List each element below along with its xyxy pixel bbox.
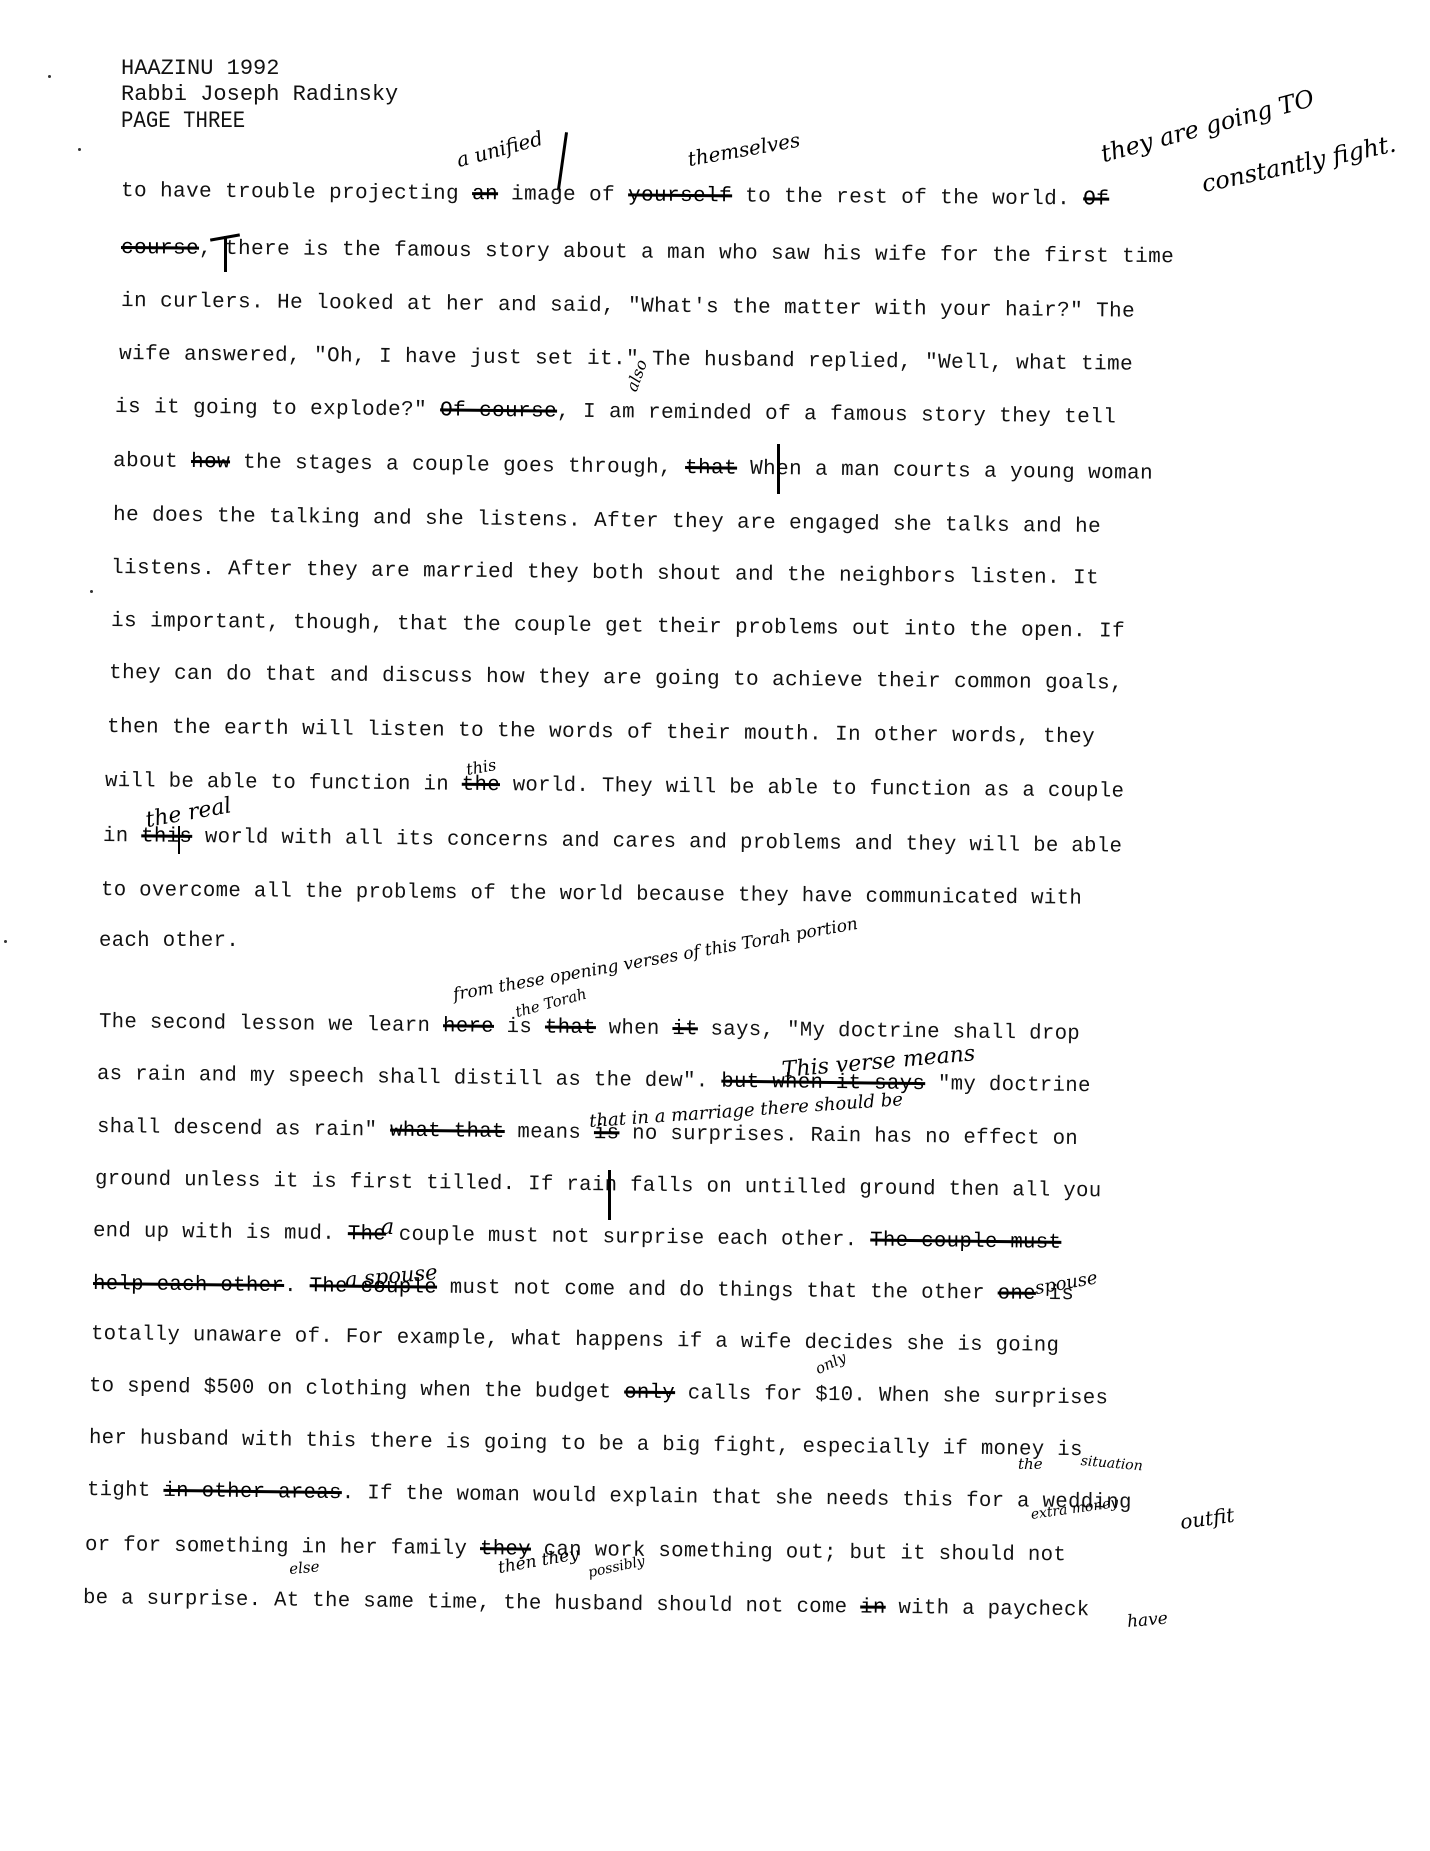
text-segment: to spend $500 on clothing when the budge… — [89, 1375, 624, 1405]
text-segment: with a paycheck — [886, 1597, 1090, 1622]
handwritten-annotation: a unified — [454, 126, 546, 172]
text-segment: shall descend as rain" — [97, 1116, 390, 1143]
handwritten-annotation: from these opening verses of this Torah … — [452, 914, 860, 1005]
text-segment: calls for $10. When she surprises — [675, 1382, 1108, 1410]
text-segment: to have trouble projecting — [121, 180, 472, 206]
text-segment: totally unaware of. For example, what ha… — [91, 1323, 1060, 1358]
text-line: to have trouble projecting an image of y… — [121, 180, 1109, 212]
document-title: HAAZINU 1992 — [121, 56, 279, 81]
text-line: in curlers. He looked at her and said, "… — [121, 290, 1135, 324]
document-page: HAAZINU 1992 Rabbi Joseph Radinsky PAGE … — [0, 0, 1430, 1851]
scan-speck — [4, 940, 7, 943]
text-line: is important, though, that the couple ge… — [111, 610, 1125, 644]
text-segment: tight — [87, 1479, 164, 1503]
text-segment: then the earth will listen to the words … — [107, 716, 1095, 749]
struck-text: one — [998, 1282, 1036, 1305]
text-segment: says, "My doctrine shall drop — [698, 1018, 1081, 1046]
text-segment: is it going to explode?" — [115, 396, 440, 422]
text-segment: means — [505, 1121, 594, 1145]
handwritten-annotation: outfit — [1179, 1503, 1236, 1534]
text-segment: end up with is mud. — [93, 1220, 348, 1246]
text-line: ground unless it is first tilled. If rai… — [95, 1168, 1102, 1203]
struck-text: that — [545, 1016, 596, 1040]
text-line: tight in other areas. If the woman would… — [87, 1479, 1132, 1515]
text-segment: her husband with this there is going to … — [89, 1427, 1083, 1462]
text-segment: or for something in her family — [85, 1534, 480, 1561]
struck-text: in — [860, 1596, 886, 1619]
text-line: will be able to function in the world. T… — [105, 770, 1125, 804]
text-segment: couple must not surprise each other. — [386, 1224, 870, 1253]
insertion-stroke — [777, 444, 780, 494]
text-segment: image of — [498, 183, 628, 207]
handwritten-annotation: situation — [1080, 1453, 1143, 1474]
text-line: in this world with all its concerns and … — [103, 825, 1123, 859]
text-segment: they can do that and discuss how they ar… — [109, 662, 1123, 696]
text-line: wife answered, "Oh, I have just set it."… — [119, 343, 1133, 377]
text-segment: as rain and my speech shall distill as t… — [97, 1063, 722, 1094]
scan-speck — [78, 148, 81, 151]
text-segment: in — [103, 825, 141, 848]
text-line: they can do that and discuss how they ar… — [109, 662, 1123, 696]
struck-text: The couple must — [870, 1229, 1061, 1254]
struck-text: here — [443, 1015, 494, 1039]
text-segment: The second lesson we learn — [99, 1011, 443, 1038]
text-segment: listens. After they are married they bot… — [111, 557, 1099, 590]
insertion-stroke — [557, 132, 568, 190]
handwritten-annotation: themselves — [686, 128, 802, 171]
struck-text: only — [624, 1382, 675, 1406]
text-line: he does the talking and she listens. Aft… — [113, 504, 1101, 539]
text-line: her husband with this there is going to … — [89, 1427, 1083, 1462]
text-line: course, there is the famous story about … — [121, 237, 1174, 269]
text-line: to spend $500 on clothing when the budge… — [89, 1375, 1109, 1410]
text-line: help each other. The couple must not com… — [93, 1273, 1074, 1306]
text-line: then the earth will listen to the words … — [107, 716, 1095, 749]
text-line: shall descend as rain" what that means i… — [97, 1116, 1078, 1151]
text-segment: when — [596, 1017, 673, 1041]
text-line: is it going to explode?" Of course, I am… — [115, 396, 1116, 429]
scan-speck — [90, 590, 93, 593]
handwritten-annotation: a — [381, 1215, 394, 1240]
handwritten-annotation: have — [1126, 1609, 1168, 1632]
handwritten-annotation: else — [288, 1557, 320, 1578]
text-segment: in curlers. He looked at her and said, "… — [121, 290, 1135, 324]
text-segment: is important, though, that the couple ge… — [111, 610, 1125, 644]
text-segment: to the rest of the world. — [732, 185, 1083, 211]
text-segment: will be able to function in — [105, 770, 462, 797]
text-segment: . If the woman would explain that she ne… — [342, 1482, 1132, 1515]
text-line: to overcome all the problems of the worl… — [101, 879, 1082, 911]
text-segment: , I am reminded of a famous story they t… — [557, 401, 1116, 430]
text-segment: . — [284, 1275, 310, 1298]
text-segment: he does the talking and she listens. Aft… — [113, 504, 1101, 539]
struck-text: help each other — [93, 1273, 284, 1298]
text-line: totally unaware of. For example, what ha… — [91, 1323, 1060, 1358]
text-line: end up with is mud. The couple must not … — [93, 1220, 1062, 1255]
scan-speck — [48, 75, 51, 78]
struck-text: yourself — [628, 184, 732, 208]
text-line: The second lesson we learn here is that … — [99, 1011, 1080, 1046]
struck-text: course — [121, 237, 199, 261]
insertion-stroke — [608, 1170, 611, 1220]
struck-text: in other areas — [163, 1480, 342, 1505]
text-segment: world. They will be able to function as … — [500, 774, 1125, 804]
insertion-stroke — [178, 826, 180, 854]
text-line: be a surprise. At the same time, the hus… — [83, 1587, 1090, 1622]
struck-text: how — [191, 451, 230, 474]
struck-text: Of course — [440, 399, 557, 423]
text-line: listens. After they are married they bot… — [111, 557, 1099, 590]
text-segment: to overcome all the problems of the worl… — [101, 879, 1082, 911]
page-label: PAGE THREE — [121, 108, 245, 134]
struck-text: that — [685, 457, 737, 481]
text-segment: wife answered, "Oh, I have just set it."… — [119, 343, 1133, 377]
struck-text: what that — [390, 1120, 505, 1144]
text-segment: , there is the famous story about a man … — [199, 238, 1174, 270]
text-segment: "my doctrine — [925, 1073, 1091, 1098]
text-segment: world with all its concerns and cares an… — [192, 826, 1122, 859]
text-segment: the stages a couple goes through, — [230, 451, 685, 480]
struck-text: it — [672, 1018, 698, 1041]
struck-text: an — [472, 183, 498, 206]
insertion-stroke — [224, 236, 227, 272]
text-segment: ground unless it is first tilled. If rai… — [95, 1168, 1102, 1203]
text-segment: When a man courts a young woman — [737, 458, 1153, 486]
document-author: Rabbi Joseph Radinsky — [121, 82, 398, 107]
text-segment: no surprises. Rain has no effect on — [619, 1122, 1078, 1151]
struck-text: Of — [1083, 188, 1109, 211]
text-segment: be a surprise. At the same time, the hus… — [83, 1587, 860, 1619]
text-line: each other. — [99, 930, 239, 953]
text-segment: each other. — [99, 930, 239, 953]
handwritten-annotation: constantly fight. — [1199, 130, 1398, 198]
text-segment: must not come and do things that the oth… — [437, 1277, 998, 1306]
text-line: about how the stages a couple goes throu… — [113, 450, 1153, 486]
handwritten-annotation: the — [1018, 1455, 1043, 1473]
text-segment: about — [113, 450, 191, 474]
